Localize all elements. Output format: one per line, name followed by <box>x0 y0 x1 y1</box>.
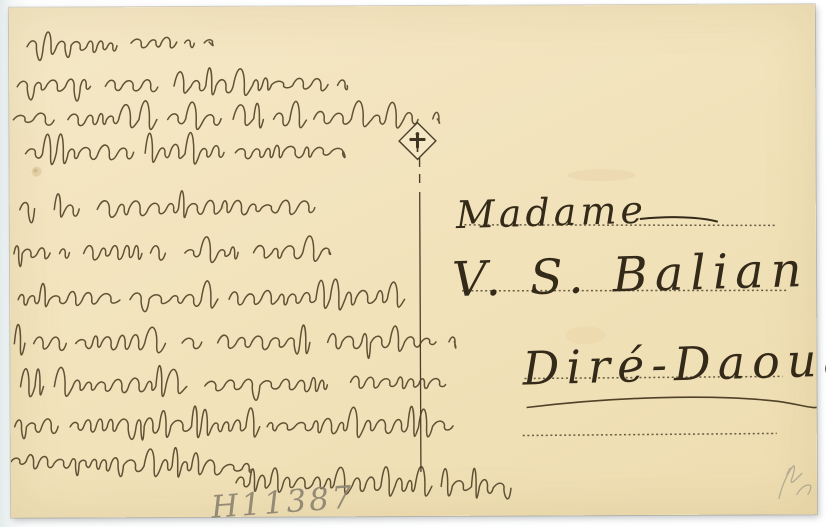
handwriting-line <box>14 323 469 360</box>
handwriting-line <box>25 132 360 165</box>
address-recipient-name: V. S. Balian <box>451 246 809 304</box>
signature-flourish <box>527 397 818 409</box>
address-city: Diré-Daoua <box>522 336 826 392</box>
collector-mark <box>779 466 811 499</box>
handwriting-line <box>17 67 347 101</box>
handwriting-line <box>20 365 327 401</box>
madame-tail-stroke <box>640 217 718 222</box>
printer-mark-icon <box>399 123 436 160</box>
handwriting-line <box>15 405 453 441</box>
handwriting-line <box>13 99 450 130</box>
handwriting-line <box>131 37 227 48</box>
handwriting-line <box>18 279 415 312</box>
scan-background: Madame V. S. Balian Diré-Daoua H11387 <box>0 0 826 527</box>
handwriting-line <box>20 190 315 223</box>
postcard: Madame V. S. Balian Diré-Daoua H11387 <box>9 4 817 518</box>
address-recipient-title: Madame <box>455 191 647 234</box>
handwriting-line <box>11 447 270 478</box>
handwriting-line <box>27 32 133 61</box>
handwriting-line <box>351 376 446 389</box>
address-divider <box>420 158 421 472</box>
handwriting-line <box>14 236 331 267</box>
message-scrawl <box>9 30 511 501</box>
